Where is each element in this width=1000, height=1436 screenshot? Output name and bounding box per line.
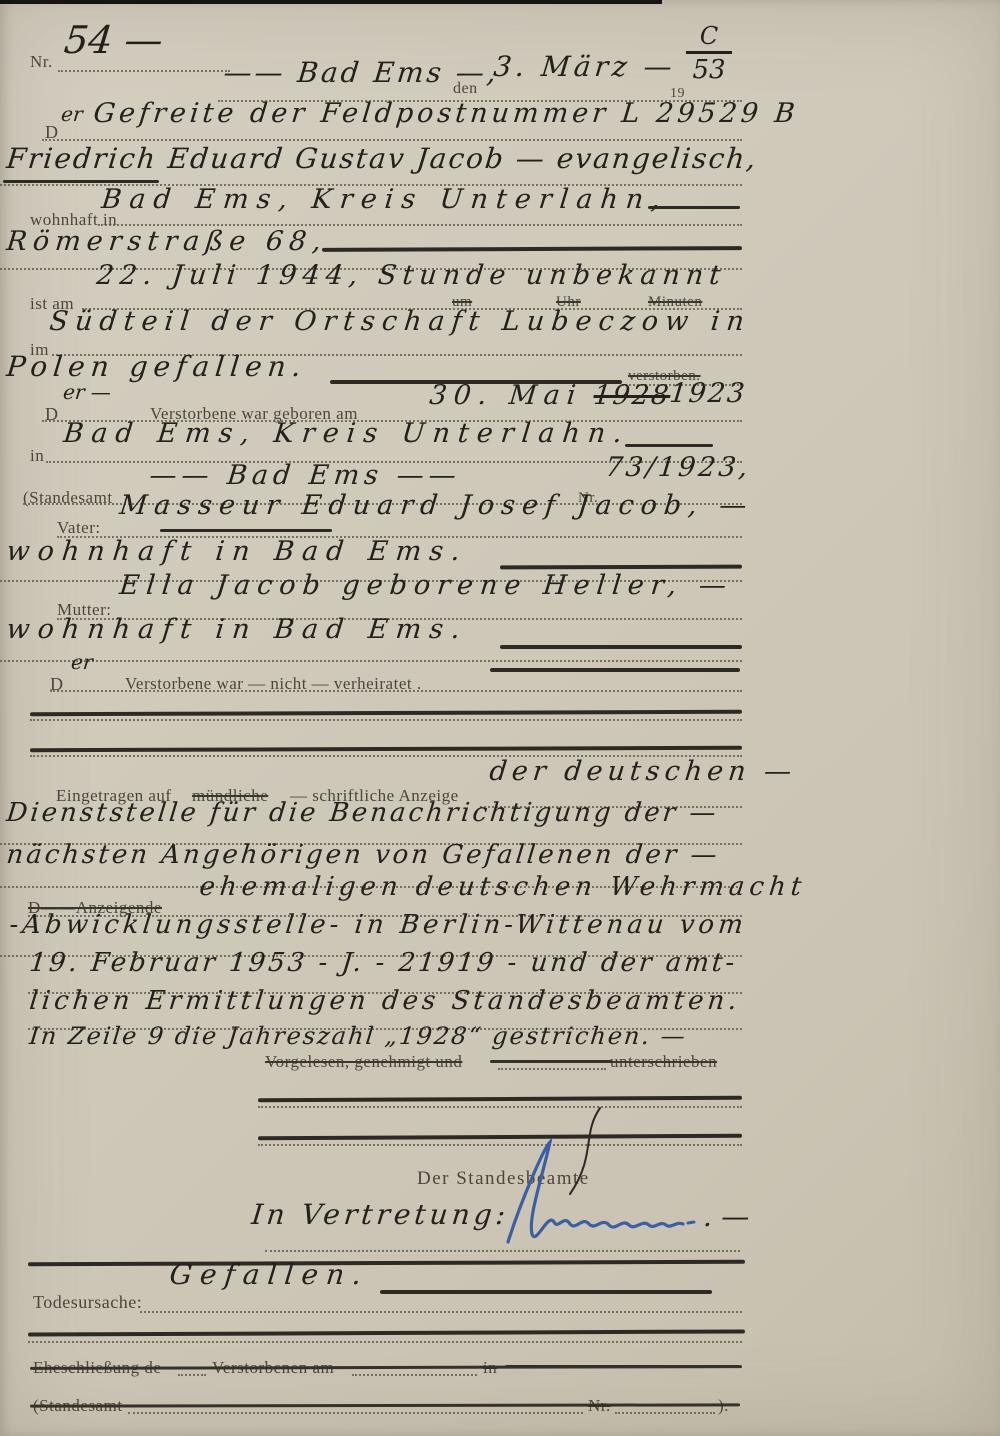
deceased-name-value: Friedrich Eduard Gustav Jacob — evangeli… bbox=[5, 142, 759, 175]
ink-fill-line bbox=[500, 565, 742, 570]
reporting-agency-line2: Dienststelle für die Benachrichtigung de… bbox=[5, 798, 720, 828]
cause-of-death-value: Gefallen. bbox=[168, 1258, 371, 1291]
file-reference-mark: C 53 bbox=[686, 22, 732, 85]
form-dotted-line bbox=[352, 1374, 477, 1376]
death-place-value: Südteil der Ortschaft Lubeczow in bbox=[48, 306, 753, 337]
birth-place-value: Bad Ems, Kreis Unterlahn. bbox=[62, 418, 632, 449]
form-dotted-line bbox=[258, 1106, 742, 1108]
record-number-label: Nr. bbox=[30, 52, 53, 72]
file-mark-letter: C bbox=[700, 22, 718, 50]
readback-clause-struck: Vorgelesen, genehmigt und bbox=[265, 1052, 462, 1072]
form-dotted-line bbox=[58, 70, 230, 72]
signature-scribble bbox=[492, 1136, 712, 1248]
ink-fill-line bbox=[30, 710, 742, 716]
deputy-clause-value: In Vertretung: bbox=[250, 1198, 511, 1231]
mother-value: Ella Jacob geborene Heller, — bbox=[118, 570, 735, 601]
reporting-agency-line1: der deutschen — bbox=[488, 756, 798, 787]
rank-fieldpost-value: Gefreite der Feldpostnummer L 29529 B bbox=[92, 98, 800, 129]
name-underline bbox=[3, 180, 159, 183]
reporting-agency-line6: 19. Februar 1953 - J. - 21919 - und der … bbox=[28, 948, 739, 978]
ink-fill-line bbox=[490, 668, 740, 672]
birth-year-struck-value: 1928 bbox=[592, 380, 672, 411]
deputy-clause-suffix: . — bbox=[702, 1200, 751, 1233]
mother-residence-value: wohnhaft in Bad Ems. bbox=[5, 614, 469, 645]
ink-fill-line bbox=[648, 206, 740, 209]
strike-line bbox=[30, 1365, 742, 1370]
form-dotted-line bbox=[30, 719, 742, 721]
strike-line bbox=[30, 1403, 740, 1407]
form-dotted-line bbox=[42, 139, 742, 141]
registry-office-value: —— Bad Ems —— bbox=[148, 460, 462, 491]
scan-edge-top bbox=[0, 0, 662, 4]
registry-number-value: 73/1923, bbox=[604, 452, 752, 483]
father-value: Masseur Eduard Josef Jacob, — bbox=[118, 490, 755, 521]
death-place2-value: Polen gefallen. bbox=[5, 350, 308, 383]
form-dotted-line bbox=[128, 1412, 583, 1414]
ink-fill-line bbox=[625, 444, 713, 447]
record-number-value: 54 — bbox=[62, 18, 165, 62]
form-dotted-line bbox=[28, 1341, 742, 1343]
date-preposition-label: den bbox=[453, 80, 478, 98]
form-dotted-line bbox=[0, 660, 742, 662]
form-dotted-line bbox=[50, 690, 742, 692]
reporting-agency-line3: nächsten Angehörigen von Gefallenen der … bbox=[5, 840, 721, 870]
ink-fill-line bbox=[28, 1329, 745, 1336]
registry-clause-close: ). bbox=[718, 1396, 729, 1416]
birth-date-value: 30. Mai bbox=[428, 380, 584, 411]
article-d-hand-suffix: er bbox=[70, 650, 94, 674]
correction-note-line: In Zeile 9 die Jahreszahl „1928“ gestric… bbox=[28, 1022, 688, 1050]
form-dotted-line bbox=[498, 1068, 606, 1070]
father-residence-value: wohnhaft in Bad Ems. bbox=[5, 536, 469, 567]
form-dotted-line bbox=[265, 1250, 740, 1252]
ink-fill-line bbox=[28, 1260, 745, 1266]
ink-fill-line bbox=[500, 645, 742, 649]
file-mark-divider bbox=[686, 51, 732, 54]
issue-date-value: 3. März — bbox=[492, 50, 677, 83]
father-label: Vater: bbox=[57, 518, 101, 538]
registry-office-label: (Standesamt bbox=[23, 488, 113, 508]
reporting-agency-line4: ehemaligen deutschen Wehrmacht bbox=[198, 872, 808, 902]
death-date-value: 22. Juli 1944, Stunde unbekannt bbox=[95, 260, 728, 291]
article-d-hand-suffix: er — bbox=[62, 380, 112, 404]
death-record-document: Nr. 54 — —— Bad Ems —, den 3. März — 19 … bbox=[0, 0, 1000, 1436]
form-dotted-line bbox=[178, 1374, 206, 1376]
form-dotted-line bbox=[140, 1311, 742, 1313]
article-d-hand-suffix: er bbox=[60, 102, 84, 126]
reporting-agency-line5: -Abwicklungsstelle- in Berlin-Wittenau v… bbox=[8, 910, 748, 940]
file-mark-year: 53 bbox=[692, 55, 725, 85]
reporting-agency-line7: lichen Ermittlungen des Standesbeamten. bbox=[28, 986, 742, 1016]
street-value: Römerstraße 68, bbox=[5, 226, 329, 257]
birth-year-value: 1923 bbox=[668, 378, 748, 409]
ink-fill-line bbox=[322, 246, 742, 252]
ink-fill-line bbox=[380, 1290, 712, 1294]
residence-value: Bad Ems, Kreis Unterlahn, bbox=[100, 184, 670, 215]
birth-place-preposition-label: in bbox=[30, 446, 44, 466]
form-dotted-line bbox=[615, 1412, 715, 1414]
ink-fill-line bbox=[30, 746, 742, 752]
signed-clause-struck: unterschrieben bbox=[610, 1052, 717, 1072]
father-underline bbox=[160, 529, 332, 532]
cause-of-death-label: Todesursache: bbox=[33, 1292, 142, 1313]
ink-fill-line bbox=[258, 1096, 742, 1103]
strike-line bbox=[490, 1060, 612, 1063]
